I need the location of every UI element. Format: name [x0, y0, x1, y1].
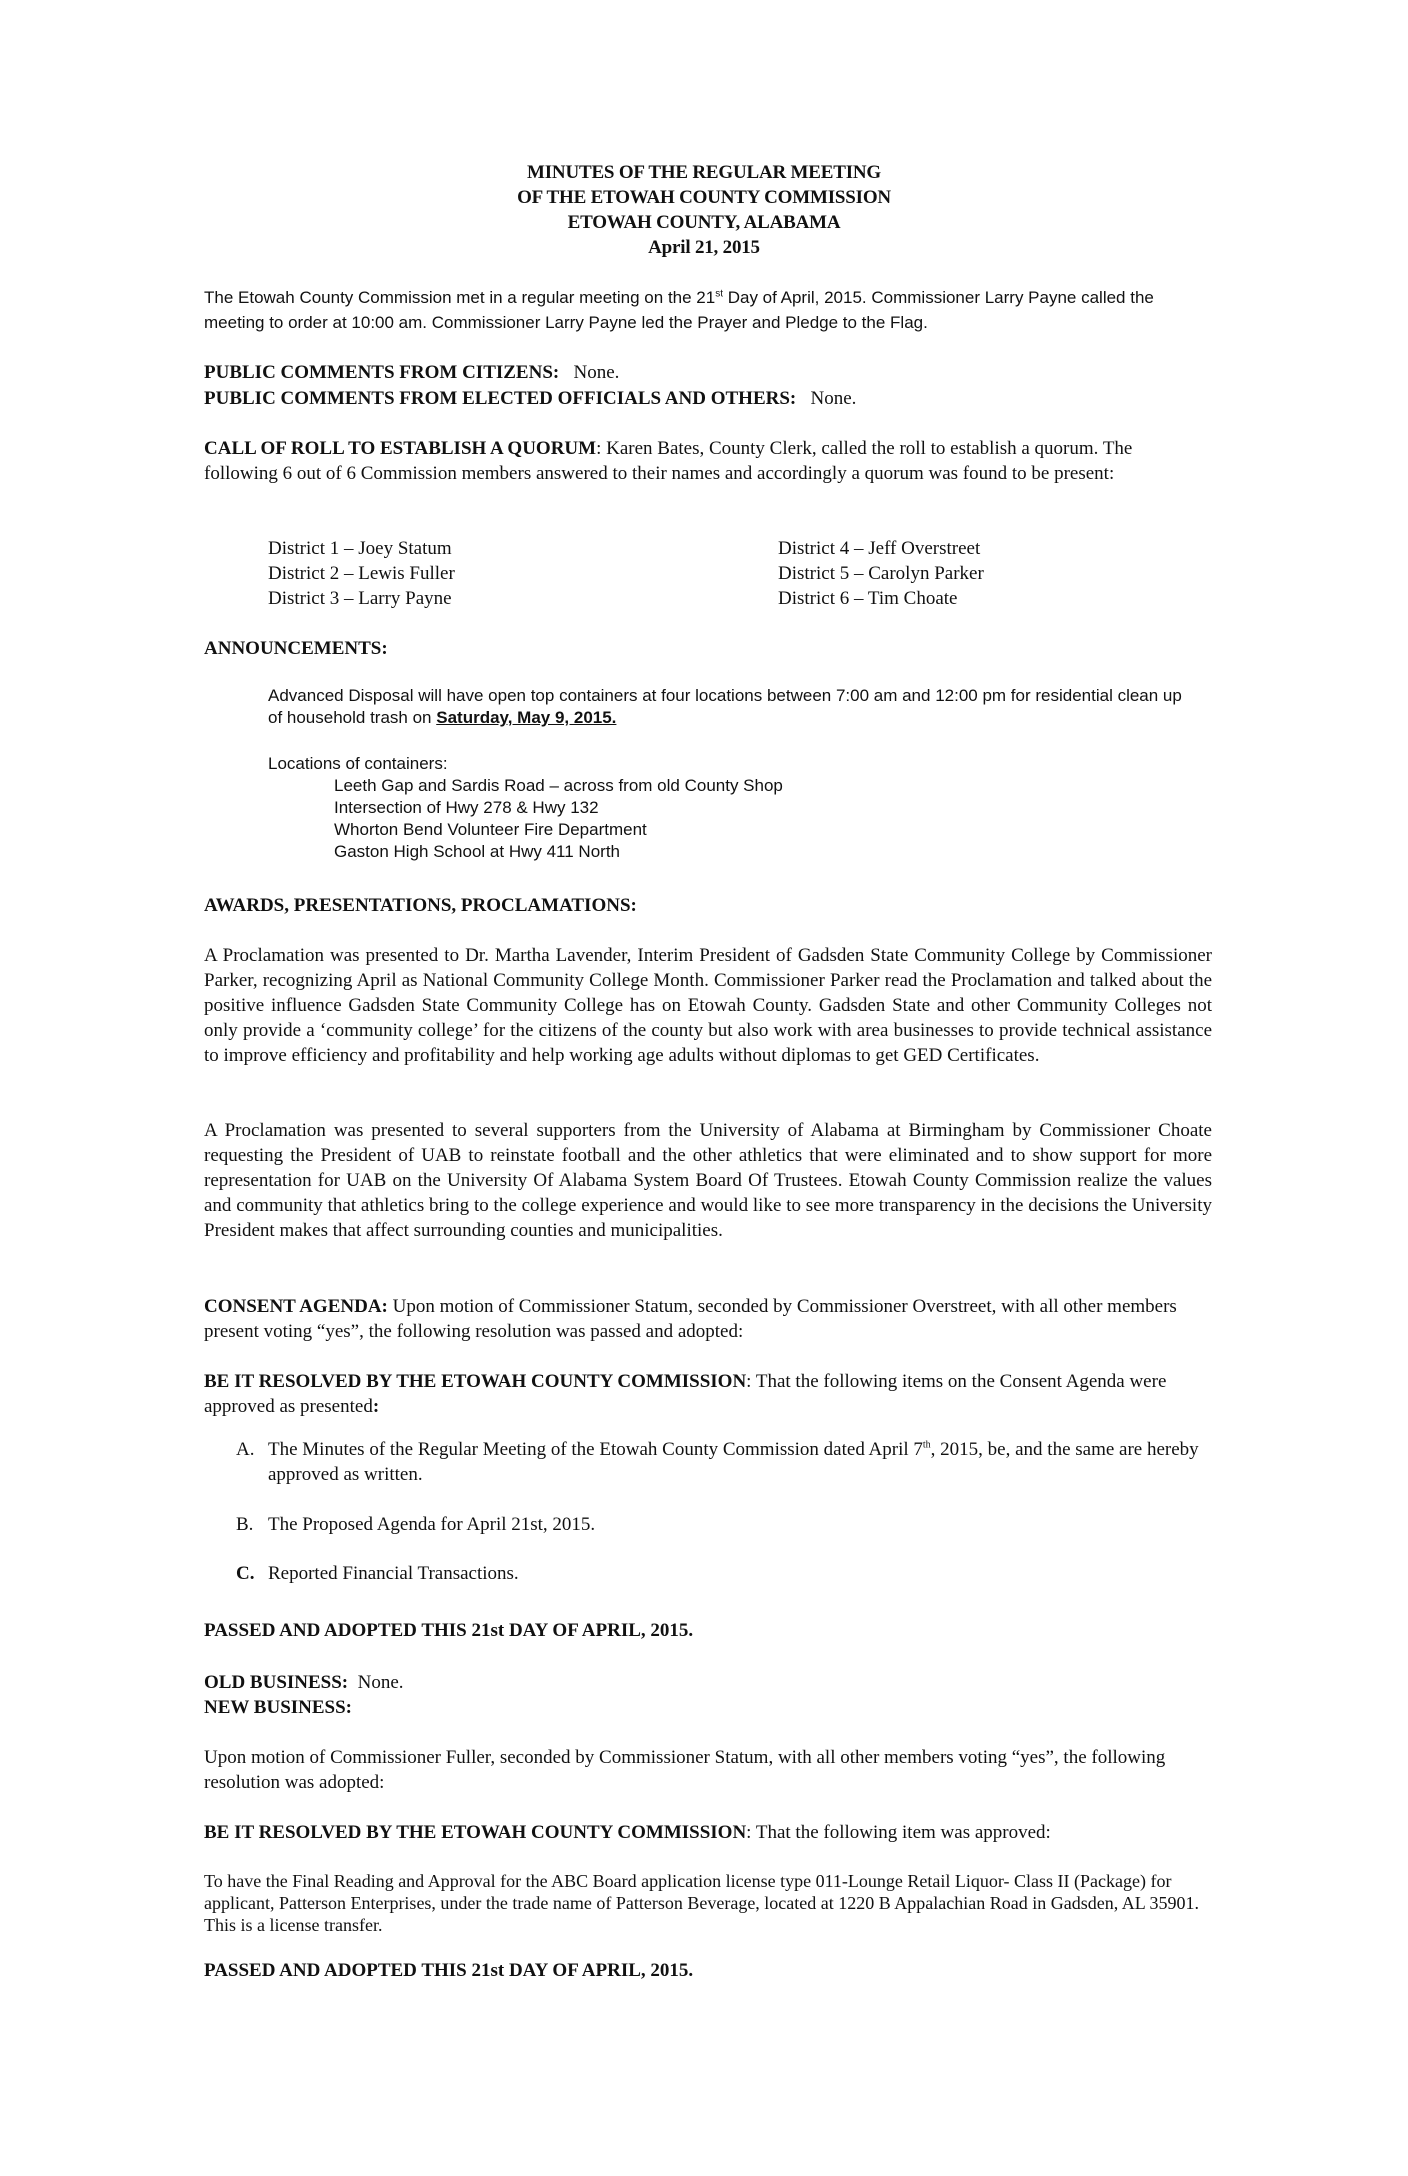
consent-passed-statement: PASSED AND ADOPTED THIS 21st DAY OF APRI… — [204, 1618, 1212, 1643]
title-line-2: OF THE ETOWAH COUNTY COMMISSION — [204, 185, 1204, 210]
awards-paragraph-1: A Proclamation was presented to Dr. Mart… — [204, 943, 1212, 1068]
section-label: PUBLIC COMMENTS FROM ELECTED OFFICIALS A… — [204, 388, 796, 409]
new-business-item: To have the Final Reading and Approval f… — [204, 1870, 1208, 1936]
new-business-motion: Upon motion of Commissioner Fuller, seco… — [204, 1745, 1208, 1795]
awards-heading: AWARDS, PRESENTATIONS, PROCLAMATIONS: — [204, 893, 1212, 918]
location-item: Intersection of Hwy 278 & Hwy 132 — [268, 797, 1188, 819]
consent-item-a: A. The Minutes of the Regular Meeting of… — [236, 1437, 1206, 1487]
consent-item-c: C. Reported Financial Transactions. — [236, 1561, 1206, 1586]
resolution-label: BE IT RESOLVED BY THE ETOWAH COUNTY COMM… — [204, 1371, 746, 1392]
district-list: District 1 – Joey Statum District 4 – Je… — [268, 536, 1068, 611]
new-business-resolution: BE IT RESOLVED BY THE ETOWAH COUNTY COMM… — [204, 1820, 1212, 1845]
consent-agenda-paragraph: CONSENT AGENDA: Upon motion of Commissio… — [204, 1294, 1212, 1344]
section-label: CONSENT AGENDA: — [204, 1296, 388, 1317]
meeting-date: April 21, 2015 — [204, 235, 1204, 260]
district-entry: District 2 – Lewis Fuller — [268, 561, 778, 586]
public-comments-officials: PUBLIC COMMENTS FROM ELECTED OFFICIALS A… — [204, 386, 1212, 411]
intro-paragraph: The Etowah County Commission met in a re… — [204, 285, 1208, 335]
district-entry: District 3 – Larry Payne — [268, 586, 778, 611]
district-entry: District 5 – Carolyn Parker — [778, 561, 1078, 586]
title-line-3: ETOWAH COUNTY, ALABAMA — [204, 210, 1204, 235]
title-line-1: MINUTES OF THE REGULAR MEETING — [204, 160, 1204, 185]
document-title: MINUTES OF THE REGULAR MEETING OF THE ET… — [204, 160, 1204, 260]
consent-resolution: BE IT RESOLVED BY THE ETOWAH COUNTY COMM… — [204, 1369, 1212, 1419]
announcements-heading: ANNOUNCEMENTS: — [204, 636, 1212, 661]
announcement-text: Advanced Disposal will have open top con… — [268, 685, 1188, 729]
section-label: PUBLIC COMMENTS FROM CITIZENS: — [204, 362, 559, 383]
new-business-passed-statement: PASSED AND ADOPTED THIS 21st DAY OF APRI… — [204, 1958, 1212, 1983]
resolution-label: BE IT RESOLVED BY THE ETOWAH COUNTY COMM… — [204, 1822, 746, 1843]
consent-item-b: B. The Proposed Agenda for April 21st, 2… — [236, 1512, 1206, 1537]
public-comments-citizens: PUBLIC COMMENTS FROM CITIZENS: None. — [204, 360, 1212, 385]
district-entry: District 6 – Tim Choate — [778, 586, 1078, 611]
locations-label: Locations of containers: — [268, 753, 1188, 775]
district-entry: District 4 – Jeff Overstreet — [778, 536, 1078, 561]
cleanup-date: Saturday, May 9, 2015. — [436, 708, 616, 727]
location-item: Gaston High School at Hwy 411 North — [268, 841, 1188, 863]
section-label: OLD BUSINESS: — [204, 1672, 348, 1693]
location-item: Whorton Bend Volunteer Fire Department — [268, 819, 1188, 841]
old-business: OLD BUSINESS: None. — [204, 1670, 1212, 1695]
container-locations: Locations of containers: Leeth Gap and S… — [268, 753, 1188, 863]
district-entry: District 1 – Joey Statum — [268, 536, 778, 561]
section-label: CALL OF ROLL TO ESTABLISH A QUORUM — [204, 438, 596, 459]
location-item: Leeth Gap and Sardis Road – across from … — [268, 775, 1188, 797]
roll-call-paragraph: CALL OF ROLL TO ESTABLISH A QUORUM: Kare… — [204, 436, 1210, 486]
awards-paragraph-2: A Proclamation was presented to several … — [204, 1118, 1212, 1243]
new-business-heading: NEW BUSINESS: — [204, 1695, 1212, 1720]
